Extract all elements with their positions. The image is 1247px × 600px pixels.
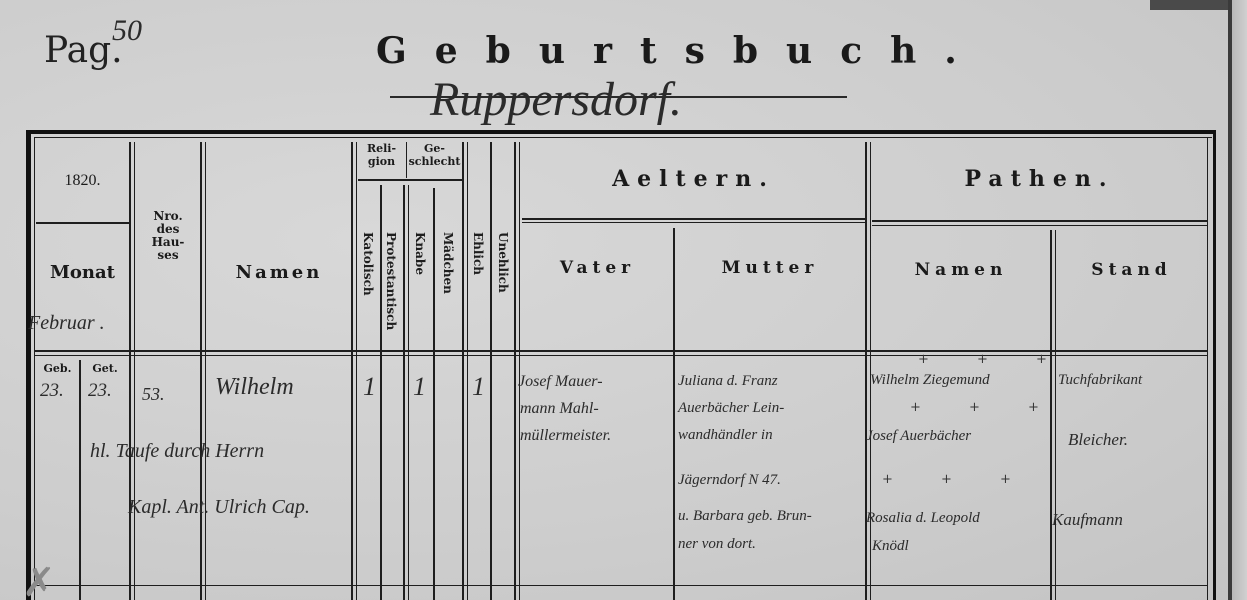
mark-knabe: 1 (413, 372, 426, 402)
col-sep-2 (200, 142, 202, 600)
header-maedchen: Mädchen (441, 232, 455, 294)
header-namen: Namen (207, 262, 351, 283)
col-sep-5 (514, 142, 516, 600)
month-value: Februar . (28, 312, 105, 335)
mark-katholisch: 1 (363, 372, 376, 402)
godparent-1-name: Wilhelm Ziegemund (870, 372, 990, 389)
row-bottom-border (34, 585, 1208, 586)
header-geschlecht: Ge- schlecht (407, 142, 462, 168)
godparent-1-crosses: + + + (918, 352, 1069, 367)
col-sep-kath (380, 185, 382, 600)
header-protestantisch: Protestantisch (384, 232, 398, 330)
rel-ges-underline (358, 179, 462, 181)
header-stand: Stand (1056, 260, 1207, 280)
godparent-2-name: Josef Auerbächer (866, 428, 971, 445)
baptism-day: 23. (88, 380, 112, 402)
table-right-inner-border (1207, 137, 1208, 600)
religion-line1: Reli- (357, 142, 406, 155)
col-sep-4 (462, 142, 464, 600)
header-house-number: Nro. des Hau- ses (136, 210, 200, 262)
subheader-geb: Geb. (36, 362, 79, 375)
page-number: 50 (112, 14, 142, 48)
pathen-divider-b (872, 225, 1207, 226)
godparent-1-stand: Tuchfabrikant (1058, 372, 1142, 389)
col-sep-6b (870, 142, 871, 600)
header-religion: Reli- gion (357, 142, 406, 168)
mark-ehelich: 1 (472, 372, 485, 402)
geb-get-divider (79, 360, 81, 600)
header-knabe: Knabe (413, 232, 427, 275)
col-sep-6 (865, 142, 867, 600)
pathen-divider (872, 220, 1207, 222)
header-mutter: Mutter (675, 258, 865, 278)
aeltern-divider-b (522, 222, 865, 223)
mother-line3: wandhändler in (678, 427, 773, 444)
mother-line2: Auerbächer Lein- (678, 400, 784, 417)
godparent-2-crosses: + + + (910, 400, 1061, 415)
geschlecht-line1: Ge- (407, 142, 462, 155)
register-page: Pag. 50 Geburtsbuch. Ruppersdorf. 1820. … (0, 0, 1247, 600)
parish-place: Ruppersdorf. (430, 72, 682, 127)
col-sep-pathen (1050, 230, 1052, 600)
table-left-inner-border (34, 137, 35, 600)
year-label: 1820. (36, 172, 129, 190)
table-top-inner-border (34, 137, 1212, 138)
header-monat: Monat (36, 262, 129, 283)
birth-day: 23. (40, 380, 64, 402)
pencil-mark-icon: ✗ (22, 560, 56, 600)
col-sep-1b (134, 142, 135, 600)
col-sep-ehel (490, 142, 492, 600)
col-sep-pathen-b (1055, 230, 1056, 600)
header-aeltern: Aeltern. (522, 166, 865, 192)
col-sep-5b (519, 142, 520, 600)
col-sep-knabe (433, 188, 435, 600)
col-sep-1 (129, 142, 131, 600)
religion-line2: gion (357, 155, 406, 168)
godparent-3-name-line2: Knödl (872, 538, 909, 555)
mother-line5: u. Barbara geb. Brun- (678, 508, 812, 525)
child-name: Wilhelm (215, 374, 294, 401)
godparent-3-stand: Kaufmann (1052, 510, 1123, 530)
col-sep-3 (351, 142, 353, 600)
header-pathen-namen: Namen (872, 260, 1050, 280)
father-line1: Josef Mauer- (518, 373, 603, 391)
mother-line1: Juliana d. Franz (678, 373, 778, 390)
header-ehelich: Ehlich (471, 232, 485, 275)
mother-line4: Jägerndorf N 47. (678, 472, 781, 489)
father-line2: mann Mahl- (520, 400, 599, 418)
aeltern-divider (522, 218, 865, 220)
godparent-3-crosses: + + + (882, 472, 1033, 487)
baptism-note-line1: hl. Taufe durch Herrn (90, 440, 264, 463)
table-right-border (1213, 130, 1216, 600)
col-sep-prot-b (408, 185, 409, 600)
godparent-3-name: Rosalia d. Leopold (866, 510, 980, 527)
col-sep-3b (356, 142, 357, 600)
col-sep-prot (403, 185, 405, 600)
father-line3: müllermeister. (520, 427, 611, 445)
col-sep-vater (673, 228, 675, 600)
geschlecht-line2: schlecht (407, 155, 462, 168)
next-page-edge (1232, 0, 1247, 600)
header-unehelich: Unehlich (496, 232, 510, 293)
register-title: Geburtsbuch. (376, 30, 985, 72)
col-sep-4b (467, 142, 468, 600)
page-label: Pag. (44, 30, 123, 71)
baptism-note-line2: Kapl. Ant. Ulrich Cap. (128, 496, 310, 519)
year-month-divider (36, 222, 129, 224)
subheader-get: Get. (81, 362, 129, 375)
header-katholisch: Katolisch (361, 232, 375, 296)
header-vater: Vater (522, 258, 673, 278)
table-left-border (26, 130, 31, 600)
col-sep-2b (205, 142, 206, 600)
house-number: 53. (142, 384, 165, 405)
godparent-2-stand: Bleicher. (1068, 430, 1128, 450)
mother-line6: ner von dort. (678, 536, 756, 553)
header-pathen: Pathen. (872, 166, 1207, 192)
house-no-line4: ses (136, 249, 200, 262)
table-top-border (26, 130, 1216, 134)
